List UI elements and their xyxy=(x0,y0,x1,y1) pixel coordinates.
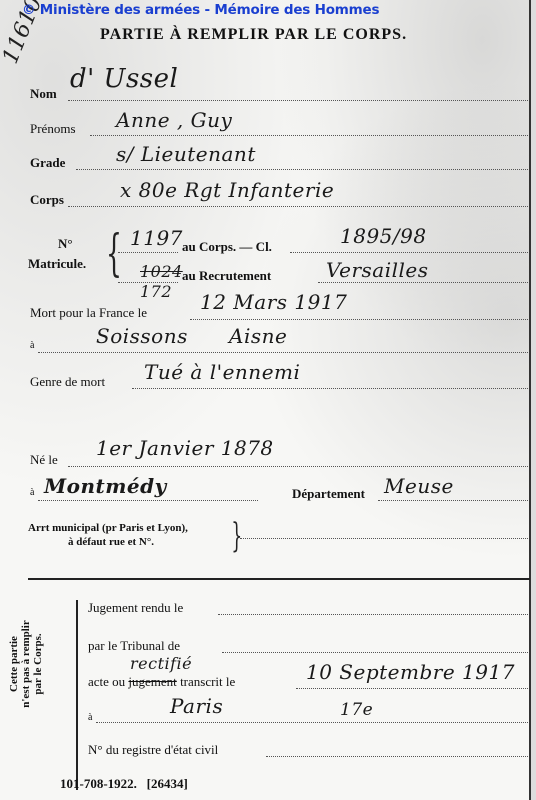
side-bracket xyxy=(76,600,78,790)
lieu-naissance-label: à xyxy=(30,487,34,498)
jugement-line xyxy=(218,614,528,615)
lieu-mort-label: à xyxy=(30,340,34,351)
matricule-label-no: N° xyxy=(58,236,73,252)
matricule-label: Matricule. xyxy=(28,256,86,272)
ne-le-value: 1er Janvier 1878 xyxy=(96,436,274,460)
departement-value: Meuse xyxy=(384,474,454,498)
corps-line xyxy=(68,206,528,207)
arrondissement-transcription-value: 17e xyxy=(340,700,373,720)
tribunal-line xyxy=(222,652,528,653)
recrutement-place-value: Versailles xyxy=(326,258,428,282)
nom-label: Nom xyxy=(30,86,57,102)
side-note-line-1: Cette partie xyxy=(8,584,20,744)
au-corps-value: 1197 xyxy=(130,226,183,250)
mort-line xyxy=(190,319,528,320)
side-note-line-3: par le Corps. xyxy=(32,584,44,744)
ne-le-line xyxy=(68,466,528,467)
recrutement-label: au Recrutement xyxy=(182,268,271,284)
arrondissement-line xyxy=(240,538,528,539)
recrutement-number-corrected: 172 xyxy=(140,282,172,301)
transcrit-value: 10 Septembre 1917 xyxy=(306,660,515,684)
transcrit-prefix: acte ou xyxy=(88,674,125,689)
recrutement-number-struck: 1024 xyxy=(140,262,183,281)
mort-value: 12 Mars 1917 xyxy=(200,290,347,314)
page-edge xyxy=(529,0,536,800)
registre-line xyxy=(266,756,528,757)
departement-label: Département xyxy=(292,486,365,502)
copyright-watermark: © Ministère des armées - Mémoire des Hom… xyxy=(22,2,379,18)
form-reference-footer: 101-708-1922. [26434] xyxy=(60,776,188,792)
genre-mort-label: Genre de mort xyxy=(30,374,105,390)
registre-label: N° du registre d'état civil xyxy=(88,742,218,758)
lieu-transcription-value: Paris xyxy=(170,694,223,718)
lieu-naissance-line xyxy=(38,500,258,501)
arrondissement-brace: } xyxy=(231,516,242,556)
transcrit-suffix: transcrit le xyxy=(180,674,235,689)
lieu-mort-line xyxy=(38,352,528,353)
form-heading: PARTIE À REMPLIR PAR LE CORPS. xyxy=(100,26,520,44)
ne-le-label: Né le xyxy=(30,452,58,468)
au-corps-line xyxy=(118,252,178,253)
classe-value: 1895/98 xyxy=(340,224,427,248)
recrutement-place-line xyxy=(318,282,528,283)
grade-label: Grade xyxy=(30,155,65,171)
au-corps-label: au Corps. — Cl. xyxy=(182,239,272,255)
section-divider xyxy=(28,578,530,580)
side-note: Cette partie n'est pas à remplir par le … xyxy=(8,584,44,744)
lieu-naissance-value: Montmédy xyxy=(44,474,167,498)
tribunal-label: par le Tribunal de xyxy=(88,638,180,654)
lieu-mort-value: Soissons Aisne xyxy=(96,324,287,348)
prenoms-label: Prénoms xyxy=(30,121,76,137)
corps-label: Corps xyxy=(30,192,64,208)
grade-line xyxy=(76,169,528,170)
genre-mort-line xyxy=(132,388,528,389)
footer-text: 101-708-1922. [26434] xyxy=(60,776,188,791)
lieu-transcription-line xyxy=(96,722,528,723)
grade-value: s/ Lieutenant xyxy=(116,142,256,166)
classe-line xyxy=(290,252,528,253)
lieu-transcription-label: à xyxy=(88,712,92,723)
jugement-label: Jugement rendu le xyxy=(88,600,183,616)
corps-value: x 80e Rgt Infanterie xyxy=(120,178,334,202)
prenoms-line xyxy=(90,135,528,136)
matricule-brace: { xyxy=(106,224,122,282)
departement-line xyxy=(378,500,528,501)
nom-line xyxy=(68,100,528,101)
nom-value: d' Ussel xyxy=(70,64,178,94)
genre-mort-value: Tué à l'ennemi xyxy=(144,360,300,384)
transcrit-line xyxy=(296,688,528,689)
mort-label: Mort pour la France le xyxy=(30,305,147,321)
arrondissement-label-2: à défaut rue et N°. xyxy=(68,536,154,548)
side-note-line-2: n'est pas à remplir xyxy=(20,584,32,744)
transcrit-struck: jugement xyxy=(128,674,176,689)
arrondissement-label: Arrt municipal (pr Paris et Lyon), xyxy=(28,522,188,534)
rectifie-correction: rectifié xyxy=(130,654,192,673)
prenoms-value: Anne , Guy xyxy=(116,108,232,132)
transcrit-label: acte ou jugement transcrit le xyxy=(88,674,235,690)
